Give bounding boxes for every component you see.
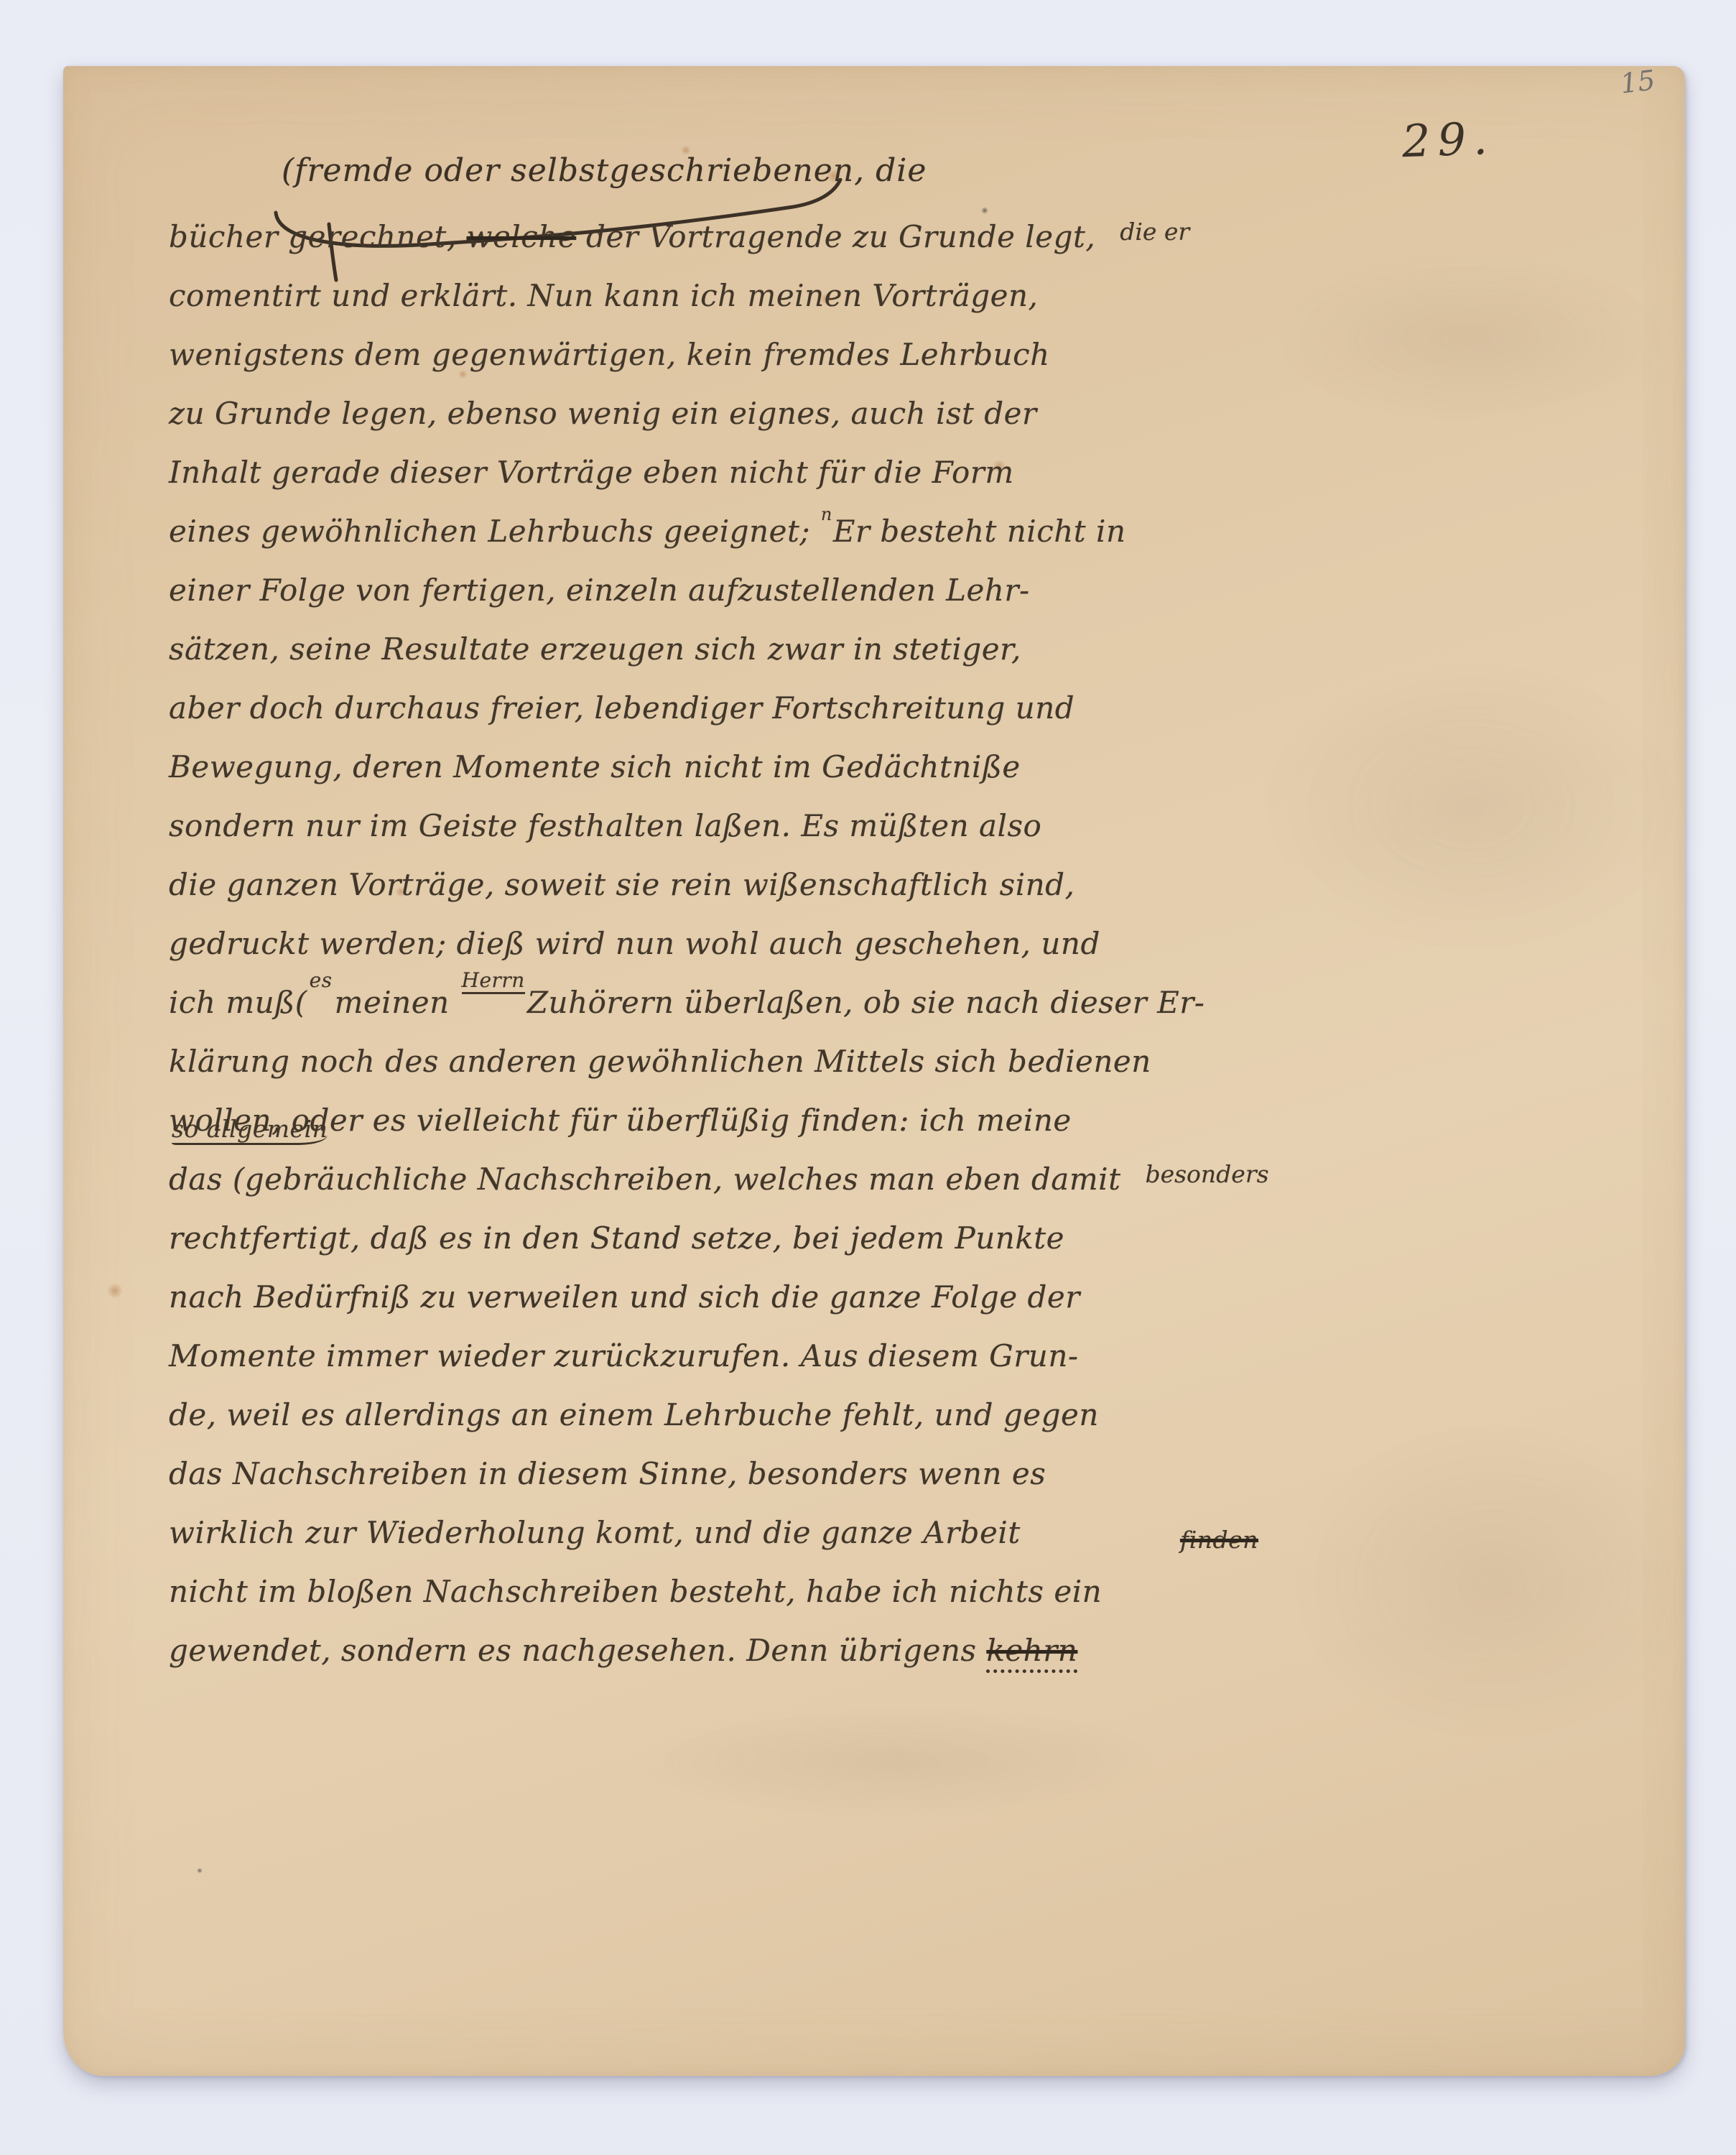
interlinear-addition: so allgemein — [172, 1117, 328, 1145]
line-text: meinen — [335, 985, 460, 1020]
verso-showthrough — [623, 1704, 1169, 1819]
ink-speck — [197, 1868, 203, 1873]
line-text: Zuhörern überlaßen, ob sie nach dieser E… — [527, 985, 1205, 1020]
verso-showthrough — [1284, 1417, 1701, 1747]
manuscript-line: Bewegung, deren Momente sich nicht im Ge… — [169, 738, 1289, 797]
manuscript-line: wollen, oder es vielleicht für überflüßi… — [169, 1091, 1289, 1150]
manuscript-line: wenigstens dem gegenwärtigen, kein fremd… — [169, 325, 1289, 384]
line-text: ich muß( — [169, 985, 307, 1020]
line-text: Bewegung, deren Momente sich nicht im Ge… — [169, 749, 1021, 784]
manuscript-line: wirklich zur Wiederholung komt, und die … — [169, 1503, 1289, 1562]
struck-word: welche — [467, 219, 577, 254]
line-text: der Vortragende zu Grunde legt, — [576, 219, 1095, 254]
interlinear-addition: Herrn — [462, 970, 525, 994]
line-text: klärung noch des anderen gewöhnlichen Mi… — [169, 1044, 1151, 1079]
manuscript-line: so allgemeindas (gebräuchliche Nachschre… — [169, 1150, 1289, 1209]
line-text: zu Grunde legen, ebenso wenig ein eignes… — [169, 396, 1037, 431]
manuscript-line: gedruckt werden; dieß wird nun wohl auch… — [169, 914, 1289, 973]
page-number-ink: 29. — [1401, 112, 1495, 167]
manuscript-line: Inhalt gerade dieser Vorträge eben nicht… — [169, 443, 1289, 502]
manuscript-line: Momente immer wieder zurückzurufen. Aus … — [169, 1327, 1289, 1386]
foxing-spot — [106, 1284, 124, 1298]
manuscript-line: sondern nur im Geiste festhalten laßen. … — [169, 797, 1289, 856]
margin-addition: besonders — [1145, 1160, 1268, 1188]
line-text: das (gebräuchliche Nachschreiben, welche… — [169, 1162, 1120, 1197]
line-text: Inhalt gerade dieser Vorträge eben nicht… — [169, 455, 1014, 490]
manuscript-line: gewendet, sondern es nachgesehen. Denn ü… — [169, 1621, 1289, 1680]
line-text: gedruckt werden; dieß wird nun wohl auch… — [169, 926, 1100, 961]
line-text: nach Bedürfniß zu verweilen und sich die… — [169, 1279, 1080, 1315]
line-text: rechtfertigt, daß es in den Stand setze,… — [169, 1220, 1064, 1256]
line-text: wirklich zur Wiederholung komt, und die … — [169, 1515, 1021, 1550]
line-text: de, weil es allerdings an einem Lehrbuch… — [169, 1397, 1099, 1432]
manuscript-line: zu Grunde legen, ebenso wenig ein eignes… — [169, 384, 1289, 443]
manuscript-line: de, weil es allerdings an einem Lehrbuch… — [169, 1386, 1289, 1445]
manuscript-line: sätzen, seine Resultate erzeugen sich zw… — [169, 620, 1289, 679]
verso-showthrough — [1270, 253, 1672, 425]
manuscript-line: einer Folge von fertigen, einzeln aufzus… — [169, 561, 1289, 620]
struck-interlinear-addition: finden — [1180, 1528, 1258, 1552]
manuscript-line: eines gewöhnlichen Lehrbuchs geeignet; n… — [169, 502, 1289, 561]
manuscript-line: rechtfertigt, daß es in den Stand setze,… — [169, 1209, 1289, 1268]
manuscript-line: comentirt und erklärt. Nun kann ich mein… — [169, 267, 1289, 325]
interlinear-addition: es — [310, 970, 333, 991]
manuscript-line: die ganzen Vorträge, soweit sie rein wiß… — [169, 856, 1289, 914]
struck-word-stet: kehrn — [986, 1633, 1077, 1673]
margin-addition: die er — [1120, 218, 1189, 246]
line-text: das Nachschreiben in diesem Sinne, beson… — [169, 1456, 1046, 1491]
manuscript-line: aber doch durchaus freier, lebendiger Fo… — [169, 679, 1289, 738]
line-text: comentirt und erklärt. Nun kann ich mein… — [169, 278, 1038, 313]
line-text: bücher gerechnet, — [169, 219, 467, 254]
line-text: nicht im bloßen Nachschreiben besteht, h… — [169, 1574, 1102, 1609]
line-text: Er besteht nicht in — [833, 514, 1126, 549]
scan-background: 15 29. (fremde oder selbstgeschriebenen,… — [0, 0, 1736, 2155]
manuscript-line: nach Bedürfniß zu verweilen und sich die… — [169, 1268, 1289, 1327]
manuscript-line: bücher gerechnet, welche der Vortragende… — [169, 208, 1289, 267]
verso-showthrough — [1255, 655, 1686, 957]
line-text: gewendet, sondern es nachgesehen. Denn ü… — [169, 1633, 986, 1668]
line-text: Momente immer wieder zurückzurufen. Aus … — [169, 1338, 1079, 1373]
manuscript-line: nicht im bloßen Nachschreiben besteht, h… — [169, 1562, 1289, 1621]
insertion-caret: n — [821, 506, 832, 523]
line-text: sondern nur im Geiste festhalten laßen. … — [169, 808, 1041, 843]
manuscript-line: ich muß(esmeinen HerrnZuhörern überlaßen… — [169, 973, 1289, 1032]
line-text: die ganzen Vorträge, soweit sie rein wiß… — [169, 867, 1074, 902]
line-text: wenigstens dem gegenwärtigen, kein fremd… — [169, 337, 1050, 372]
line-text: aber doch durchaus freier, lebendiger Fo… — [169, 690, 1074, 726]
line-text: sätzen, seine Resultate erzeugen sich zw… — [169, 631, 1021, 667]
line-text: eines gewöhnlichen Lehrbuchs geeignet; — [169, 514, 820, 549]
manuscript-line: das Nachschreiben in diesem Sinne, beson… — [169, 1445, 1289, 1503]
folio-number-pencil: 15 — [1618, 64, 1656, 100]
manuscript-text-block: bücher gerechnet, welche der Vortragende… — [169, 208, 1289, 1680]
manuscript-line: klärung noch des anderen gewöhnlichen Mi… — [169, 1032, 1289, 1091]
line-text: einer Folge von fertigen, einzeln aufzus… — [169, 573, 1030, 608]
